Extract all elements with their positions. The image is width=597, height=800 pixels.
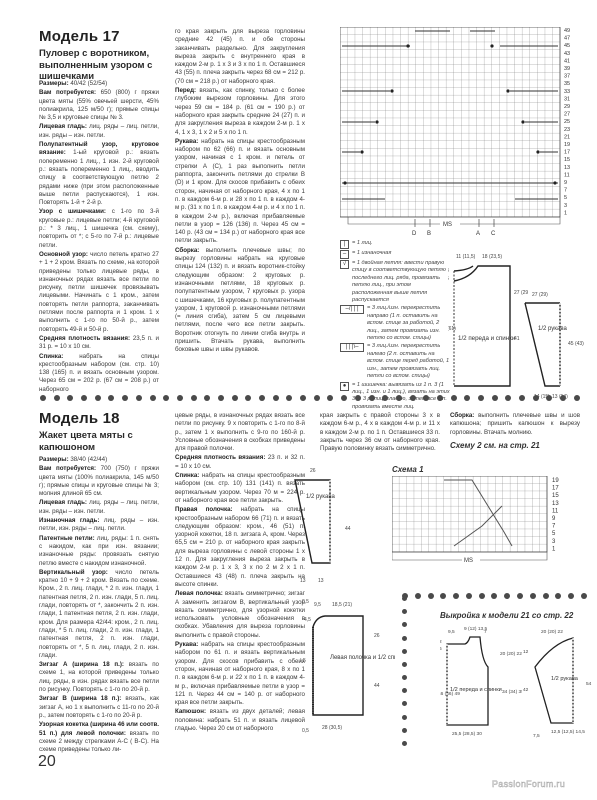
chart17-row-1: 1 [564, 210, 567, 216]
chart17-row-49: 49 [564, 28, 570, 34]
m18-c2-p0: цевые ряды, в изнаночных рядах вязать вс… [175, 412, 305, 453]
chart17-row-15: 15 [564, 157, 570, 163]
m18-c2-p4: Левая полочка: вязать симметрично; зигза… [175, 590, 305, 640]
model17-column-2: го края закрыть для выреза горловины сре… [175, 28, 305, 356]
svg-text:65,5: 65,5 [300, 658, 306, 664]
model17-chart-legend: |= 1 лиц. –= 1 изнаночная √= 1 двойная п… [340, 240, 452, 412]
m21-body-label: 1/2 переда и спинки [450, 687, 502, 693]
model18-sleeve-pattern: 26 44 13 13 1/2 рукава [290, 465, 365, 585]
svg-text:15: 15 [552, 493, 559, 499]
svg-text:18 (23,5): 18 (23,5) [482, 254, 502, 260]
chart17-row-25: 25 [564, 119, 570, 125]
svg-text:27 (29): 27 (29) [532, 292, 548, 298]
model17-subtitle: Пуловер с воротником, выполненным узором… [39, 48, 159, 83]
chart17-row-27: 27 [564, 112, 570, 118]
m18-sleeve-label: 1/2 рукава [306, 494, 335, 500]
m21-sleeve-label: 1/2 рукава [551, 676, 579, 682]
m18-c4-assembly: Сборка: выполнить плечевые швы и шов кап… [450, 412, 580, 437]
model18-body-pattern: 0,5 9,5 18,5 (21) 4,5 65,5 26 44 0,5 28 … [300, 597, 395, 737]
vertical-divider-dots [402, 596, 408, 746]
chart17-row-9: 9 [564, 180, 567, 186]
chart17-row-33: 33 [564, 89, 570, 95]
chart17-row-29: 29 [564, 104, 570, 110]
svg-text:6: 6 [448, 276, 449, 282]
svg-text:26: 26 [310, 468, 316, 474]
m18-c1-p6: Зигзаг А (ширина 18 п.): вязать по схеме… [39, 661, 159, 694]
m17-c2-p3: Сборка: выполнить плечевые швы; по вырез… [175, 247, 305, 355]
m18-c1-p3: Изнаночная гладь: лиц. ряды – изн. петли… [39, 517, 159, 534]
svg-text:34 (34) 35: 34 (34) 35 [502, 689, 522, 695]
m17-c1-p5: Основной узор: число петель кратно 27 + … [39, 251, 159, 334]
svg-text:11: 11 [552, 508, 559, 514]
chart17-row-7: 7 [564, 188, 567, 194]
chart17-row-37: 37 [564, 74, 570, 80]
chart17-row-45: 45 [564, 43, 570, 49]
knit-stitch-icon: | [340, 240, 349, 249]
horizontal-divider-dots [402, 593, 587, 599]
svg-text:13: 13 [300, 578, 306, 584]
scheme1-title: Схема 1 [392, 465, 424, 474]
chart17-ms-label: MS [443, 222, 452, 228]
svg-text:13: 13 [318, 578, 324, 584]
svg-text:9,5: 9,5 [448, 629, 455, 635]
sleeve-pattern-label: 1/2 рукава [538, 326, 567, 332]
model17-column-1: Размеры: 40/42 (52/54) Вам потребуется: … [39, 80, 159, 395]
svg-text:44: 44 [374, 683, 380, 689]
chart17-row-17: 17 [564, 150, 570, 156]
model17-knitting-chart: 49 47 45 43 41 39 37 35 33 31 29 27 25 2… [340, 27, 597, 237]
m18-c2-p2: Спинка: набрать на спицы крестообразным … [175, 472, 305, 505]
m18-c1-p8: Узорная кокетка (ширина 46 или соотв. 51… [39, 721, 159, 754]
chart17-row-43: 43 [564, 51, 570, 57]
svg-text:9: 9 [552, 516, 556, 522]
scheme2-reference: Схему 2 см. на стр. 21 [450, 441, 540, 450]
m18-c1-p7: Зигзаг В (ширина 18 п.): вязать, как зиг… [39, 695, 159, 720]
m17-c1-p4: Узор с шишечками: с 1-го по 3-й круговые… [39, 208, 159, 249]
m18-c1-p5: Вертикальный узор: число петель кратно 1… [39, 569, 159, 660]
chart17-row-21: 21 [564, 134, 570, 140]
model17-body-pattern: 11 (11,5) 18 (23,5) 3 6 59 (61) 27 (29) … [448, 248, 528, 388]
chart17-row-47: 47 [564, 36, 570, 42]
svg-text:1: 1 [552, 546, 556, 552]
chart17-row-11: 11 [564, 172, 570, 178]
svg-text:0,5: 0,5 [302, 599, 309, 605]
legend-double-stitch: √= 1 двойная петля: ввести правую спицу … [340, 260, 452, 304]
section-divider-dots [40, 395, 580, 401]
m17-c1-p0: Размеры: 40/42 (52/54) [39, 80, 159, 88]
svg-text:12: 12 [523, 649, 529, 655]
cross-right-icon: –/| | | [340, 305, 364, 314]
m18-c1-p0: Размеры: 38/40 (42/44) [39, 456, 159, 464]
m17-c2-p1: Перед: вязать, как спинку, только с боле… [175, 87, 305, 137]
chart17-row-3: 3 [564, 203, 567, 209]
model17-sleeve-pattern: 27 (29) 45 (43) 14 (15) 13 (14) 1/2 рука… [520, 290, 597, 400]
model18-heading: Модель 18 [39, 410, 120, 427]
svg-text:59 (61): 59 (61) [448, 326, 456, 332]
svg-text:2: 2 [440, 639, 442, 645]
svg-text:20 (20) 22: 20 (20) 22 [541, 629, 563, 635]
m18-c3-text: края закрыть с правой стороны 3 х в кажд… [320, 412, 440, 453]
model21-sleeve-pattern: 20 (20) 22 12 42 54 7,5 12,5 (12,5) 14,5… [523, 625, 597, 745]
svg-text:18,5 (21): 18,5 (21) [332, 602, 352, 608]
svg-text:11 (11,5): 11 (11,5) [456, 254, 476, 260]
model21-pattern-title: Выкройка к модели 21 со стр. 22 [440, 611, 573, 620]
svg-text:28 (30,5): 28 (30,5) [322, 725, 342, 731]
chart17-row-19: 19 [564, 142, 570, 148]
m17-c1-p1: Вам потребуется: 650 (800) г пряжи цвета… [39, 89, 159, 122]
m18-c2-p3: Правая полочка: набрать на спицы крестоо… [175, 506, 305, 589]
m17-c1-p7: Спинка: набрать на спицы крестообразным … [39, 353, 159, 394]
m17-c2-p2: Рукава: набрать на спицы крестообразным … [175, 138, 305, 246]
chart17-arrow-c: C [491, 231, 496, 237]
cross-left-icon: | | |\– [340, 343, 364, 352]
model21-body-pattern: 9,5 9 (12) 13,5 7 2 6 46 (46) 49 20 (20)… [440, 625, 522, 745]
svg-text:25,5 (28,5) 30: 25,5 (28,5) 30 [452, 731, 482, 737]
svg-text:9,5: 9,5 [314, 602, 321, 608]
model18-subtitle: Жакет цвета мяты с капюшоном [39, 430, 139, 453]
m18-c2-p1: Средняя плотность вязания: 23 п. и 32 п.… [175, 454, 305, 471]
svg-text:44: 44 [345, 526, 351, 532]
scheme1-ms-label: MS [464, 558, 473, 564]
svg-text:3: 3 [448, 268, 449, 274]
m17-c1-p3: Полупатентный узор, круговое вязание: 1-… [39, 141, 159, 207]
m17-c1-p6: Средняя плотность вязания: 23,5 п. и 31 … [39, 335, 159, 352]
svg-text:12,5 (12,5) 14,5: 12,5 (12,5) 14,5 [551, 729, 585, 735]
m17-c1-p2: Лицевая гладь: лиц. ряды – лиц. петли, и… [39, 123, 159, 140]
svg-text:4,5: 4,5 [304, 617, 311, 623]
svg-text:7: 7 [552, 524, 556, 530]
model18-column-4: Сборка: выполнить плечевые швы и шов кап… [450, 412, 580, 438]
m18-c2-p6: Капюшон: вязать из двух деталей; левая п… [175, 708, 305, 733]
svg-text:5: 5 [552, 531, 556, 537]
m18-c1-p4: Патентные петли: лиц. ряды: 1 п. снять с… [39, 535, 159, 568]
svg-text:7: 7 [484, 629, 487, 635]
m17-c2-p0: го края закрыть для выреза горловины сре… [175, 28, 305, 86]
model18-column-3: края закрыть с правой стороны 3 х в кажд… [320, 412, 440, 454]
purl-stitch-icon: – [340, 250, 349, 259]
svg-text:45 (43): 45 (43) [568, 341, 584, 347]
chart17-row-31: 31 [564, 96, 570, 102]
svg-text:3: 3 [552, 539, 556, 545]
svg-text:0,5: 0,5 [302, 728, 309, 734]
svg-text:42: 42 [523, 687, 529, 693]
svg-text:17: 17 [552, 486, 559, 492]
chart17-row-23: 23 [564, 127, 570, 133]
body-pattern-label: 1/2 переда и спинки [458, 335, 516, 342]
legend-cross-right: –/| | |= 3 лиц./изн. перекрестить направ… [340, 305, 452, 342]
m18-c2-p5: Рукава: набрать на спицы крестообразным … [175, 641, 305, 707]
chart17-row-41: 41 [564, 58, 570, 64]
watermark: PassionForum.ru [492, 779, 565, 789]
bobble-icon: ● [340, 382, 349, 391]
svg-text:19: 19 [552, 478, 559, 484]
model18-column-2: цевые ряды, в изнаночных рядах вязать вс… [175, 412, 305, 734]
legend-knit: |= 1 лиц. [340, 240, 452, 249]
chart17-row-35: 35 [564, 81, 570, 87]
chart17-row-39: 39 [564, 66, 570, 72]
chart17-arrow-b: B [427, 231, 431, 237]
svg-text:7,5: 7,5 [533, 733, 540, 739]
model18-column-1: Размеры: 38/40 (42/44) Вам потребуется: … [39, 456, 159, 755]
page-number: 20 [38, 753, 56, 771]
svg-text:6: 6 [440, 646, 442, 652]
svg-text:20 (20) 22: 20 (20) 22 [500, 651, 522, 657]
model17-heading: Модель 17 [39, 28, 120, 45]
m18-c1-p1: Вам потребуется: 700 (750) г пряжи цвета… [39, 465, 159, 498]
chart17-row-5: 5 [564, 195, 567, 201]
svg-text:26: 26 [374, 633, 380, 639]
scheme1-chart: 19 17 15 13 11 9 7 5 3 1 MS [392, 476, 592, 576]
chart17-row-13: 13 [564, 165, 570, 171]
m18-body-label: Левая полочка и 1/2 спинки [330, 655, 395, 661]
svg-text:54: 54 [586, 681, 592, 687]
legend-cross-left: | | |\–= 3 лиц./изн. перекрестить налево… [340, 343, 452, 380]
svg-text:13: 13 [552, 501, 559, 507]
m18-c1-p2: Лицевая гладь: лиц. ряды – лиц. петли, и… [39, 499, 159, 516]
chart17-arrow-d: D [412, 231, 417, 237]
double-stitch-icon: √ [340, 260, 349, 269]
legend-purl: –= 1 изнаночная [340, 250, 452, 259]
chart17-arrow-a: A [476, 231, 480, 237]
